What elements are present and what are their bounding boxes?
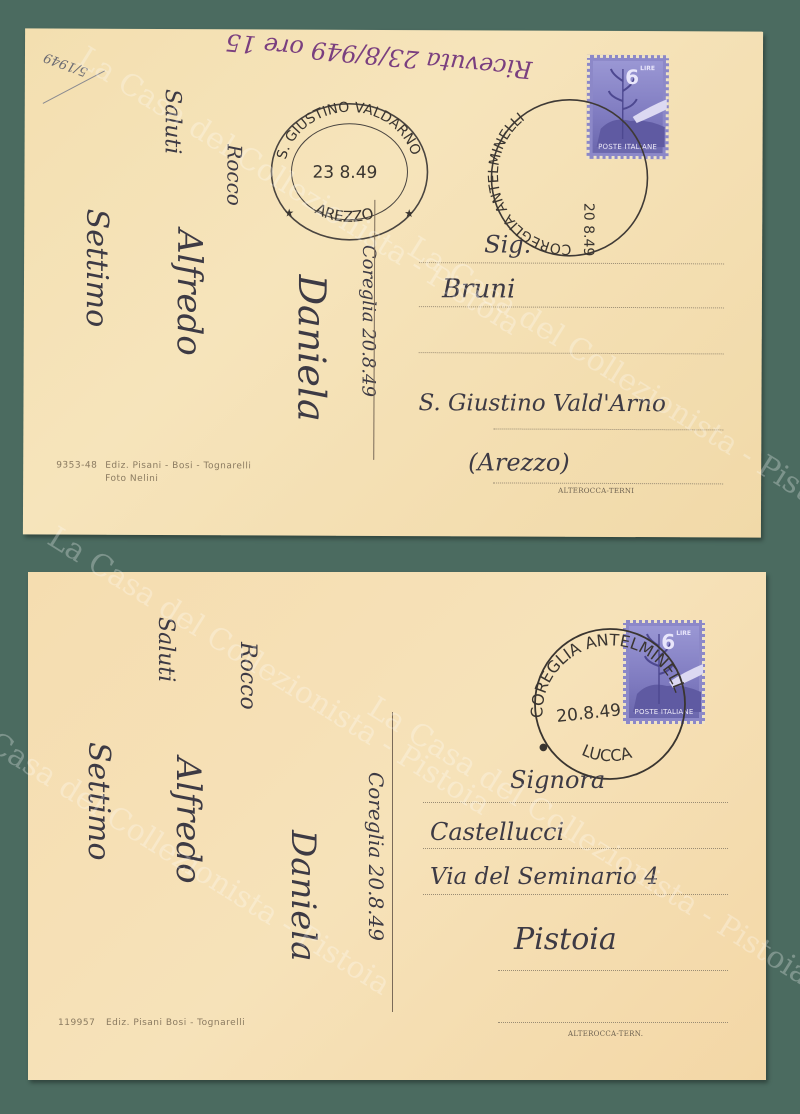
svg-text:●: ● [539,742,548,753]
address-line-3: Via del Seminario 4 [430,864,659,890]
message-name-daniela: Daniela [289,275,334,422]
message-name-daniela: Daniela [283,830,323,962]
address-rule [498,970,728,971]
photo-credit: Foto Nelini [105,474,158,484]
address-rule [493,482,723,484]
svg-text:AREZZO: AREZZO [312,200,376,226]
message-greeting: Saluti [160,89,185,154]
stamp-value: 6LIRE [625,65,655,89]
address-rule [423,848,728,849]
publisher-credit: Ediz. Pisani - Bosi - Tognarelli [105,461,251,472]
address-line-2: Castellucci [430,818,564,846]
svg-text:20.8.49: 20.8.49 [555,700,622,727]
printed-code: 9353-48 [56,461,97,471]
message-greeting-2: Rocco [235,642,260,710]
address-rule [419,262,724,264]
svg-text:LUCCA: LUCCA [579,741,634,766]
postmark-coreglia-lucca: COREGLIA ANTELMINELLI LUCCA 20.8.49 ● [525,622,695,782]
message-name-settimo: Settimo [81,742,116,861]
address-rule [419,306,724,308]
printer-credit: ALTEROCCA-TERNI [558,487,634,495]
postcard-bottom: 6LIRE POSTE ITALIANE COREGLIA ANTELMINEL… [28,572,766,1080]
printer-credit: ALTEROCCA-TERN. [568,1030,643,1038]
message-greeting: Saluti [153,617,178,682]
address-line-4: Pistoia [514,922,617,957]
postcard-top: 5/1949 Ricevuta 23/8/949 ore 15 S. GIUST… [23,28,763,537]
message-place-date: Coreglia 20.8.49 [358,245,380,397]
publisher-credit: Ediz. Pisani Bosi - Tognarelli [106,1018,245,1028]
address-line-2: Bruni [442,274,515,304]
message-place-date: Coreglia 20.8.49 [364,772,388,941]
message-greeting-2: Rocco [222,144,246,206]
postmark-san-giustino: S. GIUSTINO VALDARNO AREZZO 23 8.49 ★ ★ [264,91,435,242]
message-name-alfredo: Alfredo [168,757,208,884]
address-rule [493,428,723,430]
address-line-1: Signora [510,766,605,794]
printed-code: 119957 [58,1018,95,1028]
address-line-3: S. Giustino Vald'Arno [418,390,665,417]
address-rule [498,1022,728,1023]
svg-text:20 8.49: 20 8.49 [580,203,596,257]
address-rule [419,352,724,354]
receipt-annotation: Ricevuta 23/8/949 ore 15 [224,28,533,84]
address-rule [423,802,728,803]
address-line-1: Sig. [484,230,531,258]
address-rule [423,894,728,895]
card-divider [392,712,393,1012]
svg-text:★: ★ [404,207,414,220]
svg-text:★: ★ [284,207,294,220]
message-name-alfredo: Alfredo [169,229,210,356]
svg-text:23 8.49: 23 8.49 [312,163,377,183]
address-line-4: (Arezzo) [468,448,570,476]
message-name-settimo: Settimo [79,209,115,328]
corner-pencil-note: 5/1949 [42,49,90,79]
